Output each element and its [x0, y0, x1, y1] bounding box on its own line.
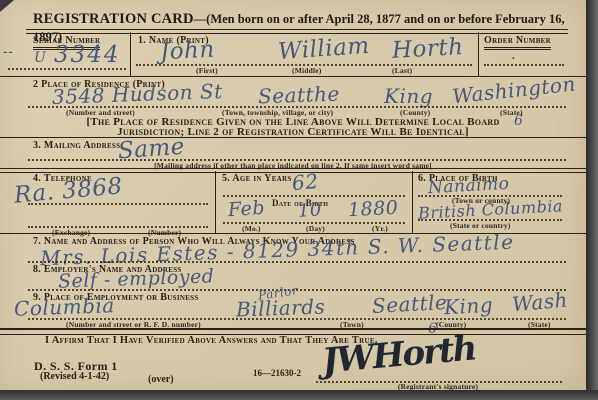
- name-middle-value: William: [277, 35, 370, 64]
- employment-county-value: King: [444, 295, 494, 318]
- dob-sub-month: (Mo.): [242, 225, 261, 233]
- scan-edge-right: [586, 0, 598, 400]
- contact-dotted-line: [28, 261, 566, 263]
- registration-card: REGISTRATION CARD—(Men born on or after …: [0, 0, 586, 390]
- dob-sub-year: (Yr.): [372, 225, 388, 233]
- birth-sub-state: (State or country): [450, 222, 511, 230]
- form-revision: (Revised 4-1-42): [40, 371, 109, 382]
- scanned-registration-card-page: { "title": { "main": "REGISTRATION CARD"…: [0, 0, 598, 400]
- mailing-label: 3. Mailing Address: [33, 141, 120, 151]
- order-number-value: .: [512, 52, 515, 62]
- order-dotted-line: [484, 64, 564, 66]
- divider-serial-name: [130, 32, 131, 76]
- row1-bottom-rule: [0, 76, 586, 77]
- residence-street-value: 3548 Hudson St: [52, 81, 223, 107]
- name-first-value: John: [159, 39, 215, 65]
- name-last-value: Horth: [391, 36, 464, 63]
- title-rule: [26, 29, 568, 34]
- birth-town-value: Nanaimo: [428, 176, 510, 197]
- order-number-label: Order Number: [484, 36, 551, 50]
- residence-sub-state: (State): [500, 109, 523, 117]
- serial-number-value: 3344: [54, 44, 121, 67]
- employment-state-value: Wash: [511, 290, 568, 315]
- divider-age-birth: [412, 171, 413, 233]
- scan-corner-shadow: [0, 0, 14, 12]
- divider-telephone-age: [215, 171, 216, 233]
- dob-month-value: Feb: [227, 199, 265, 221]
- dob-sub-day: (Day): [306, 225, 325, 233]
- name-sub-first: (First): [196, 67, 218, 75]
- residence-county-value: King: [384, 86, 433, 106]
- name-sub-middle: (Middle): [292, 67, 322, 75]
- dob-day-value: 10: [297, 201, 322, 221]
- row9-bottom-rule: [0, 328, 586, 335]
- serial-stray-marks: --: [3, 45, 13, 59]
- residence-state-value: Washington: [451, 74, 576, 107]
- print-code: 16—21630-2: [253, 368, 301, 378]
- dob-year-value: 1880: [348, 199, 399, 221]
- serial-dotted-line: [8, 68, 126, 70]
- age-label: 5. Age in Years: [222, 174, 292, 184]
- residence-city-value: Seatthe: [258, 84, 340, 107]
- card-title-main: REGISTRATION CARD: [33, 11, 194, 27]
- employment-name2-value: Billiards: [236, 296, 326, 319]
- scan-edge-bottom: [0, 390, 598, 400]
- telephone-dotted-line1: [28, 203, 208, 205]
- employment-town-value: Seattle: [372, 292, 448, 316]
- row2-bottom-rule: [0, 137, 586, 138]
- employment-name1-value: Columbia: [14, 295, 115, 319]
- over-note: (over): [148, 374, 174, 385]
- serial-prefix-value: U: [34, 51, 46, 65]
- age-value: 62: [291, 171, 319, 193]
- divider-name-order: [478, 32, 479, 76]
- name-sub-last: (Last): [392, 67, 412, 75]
